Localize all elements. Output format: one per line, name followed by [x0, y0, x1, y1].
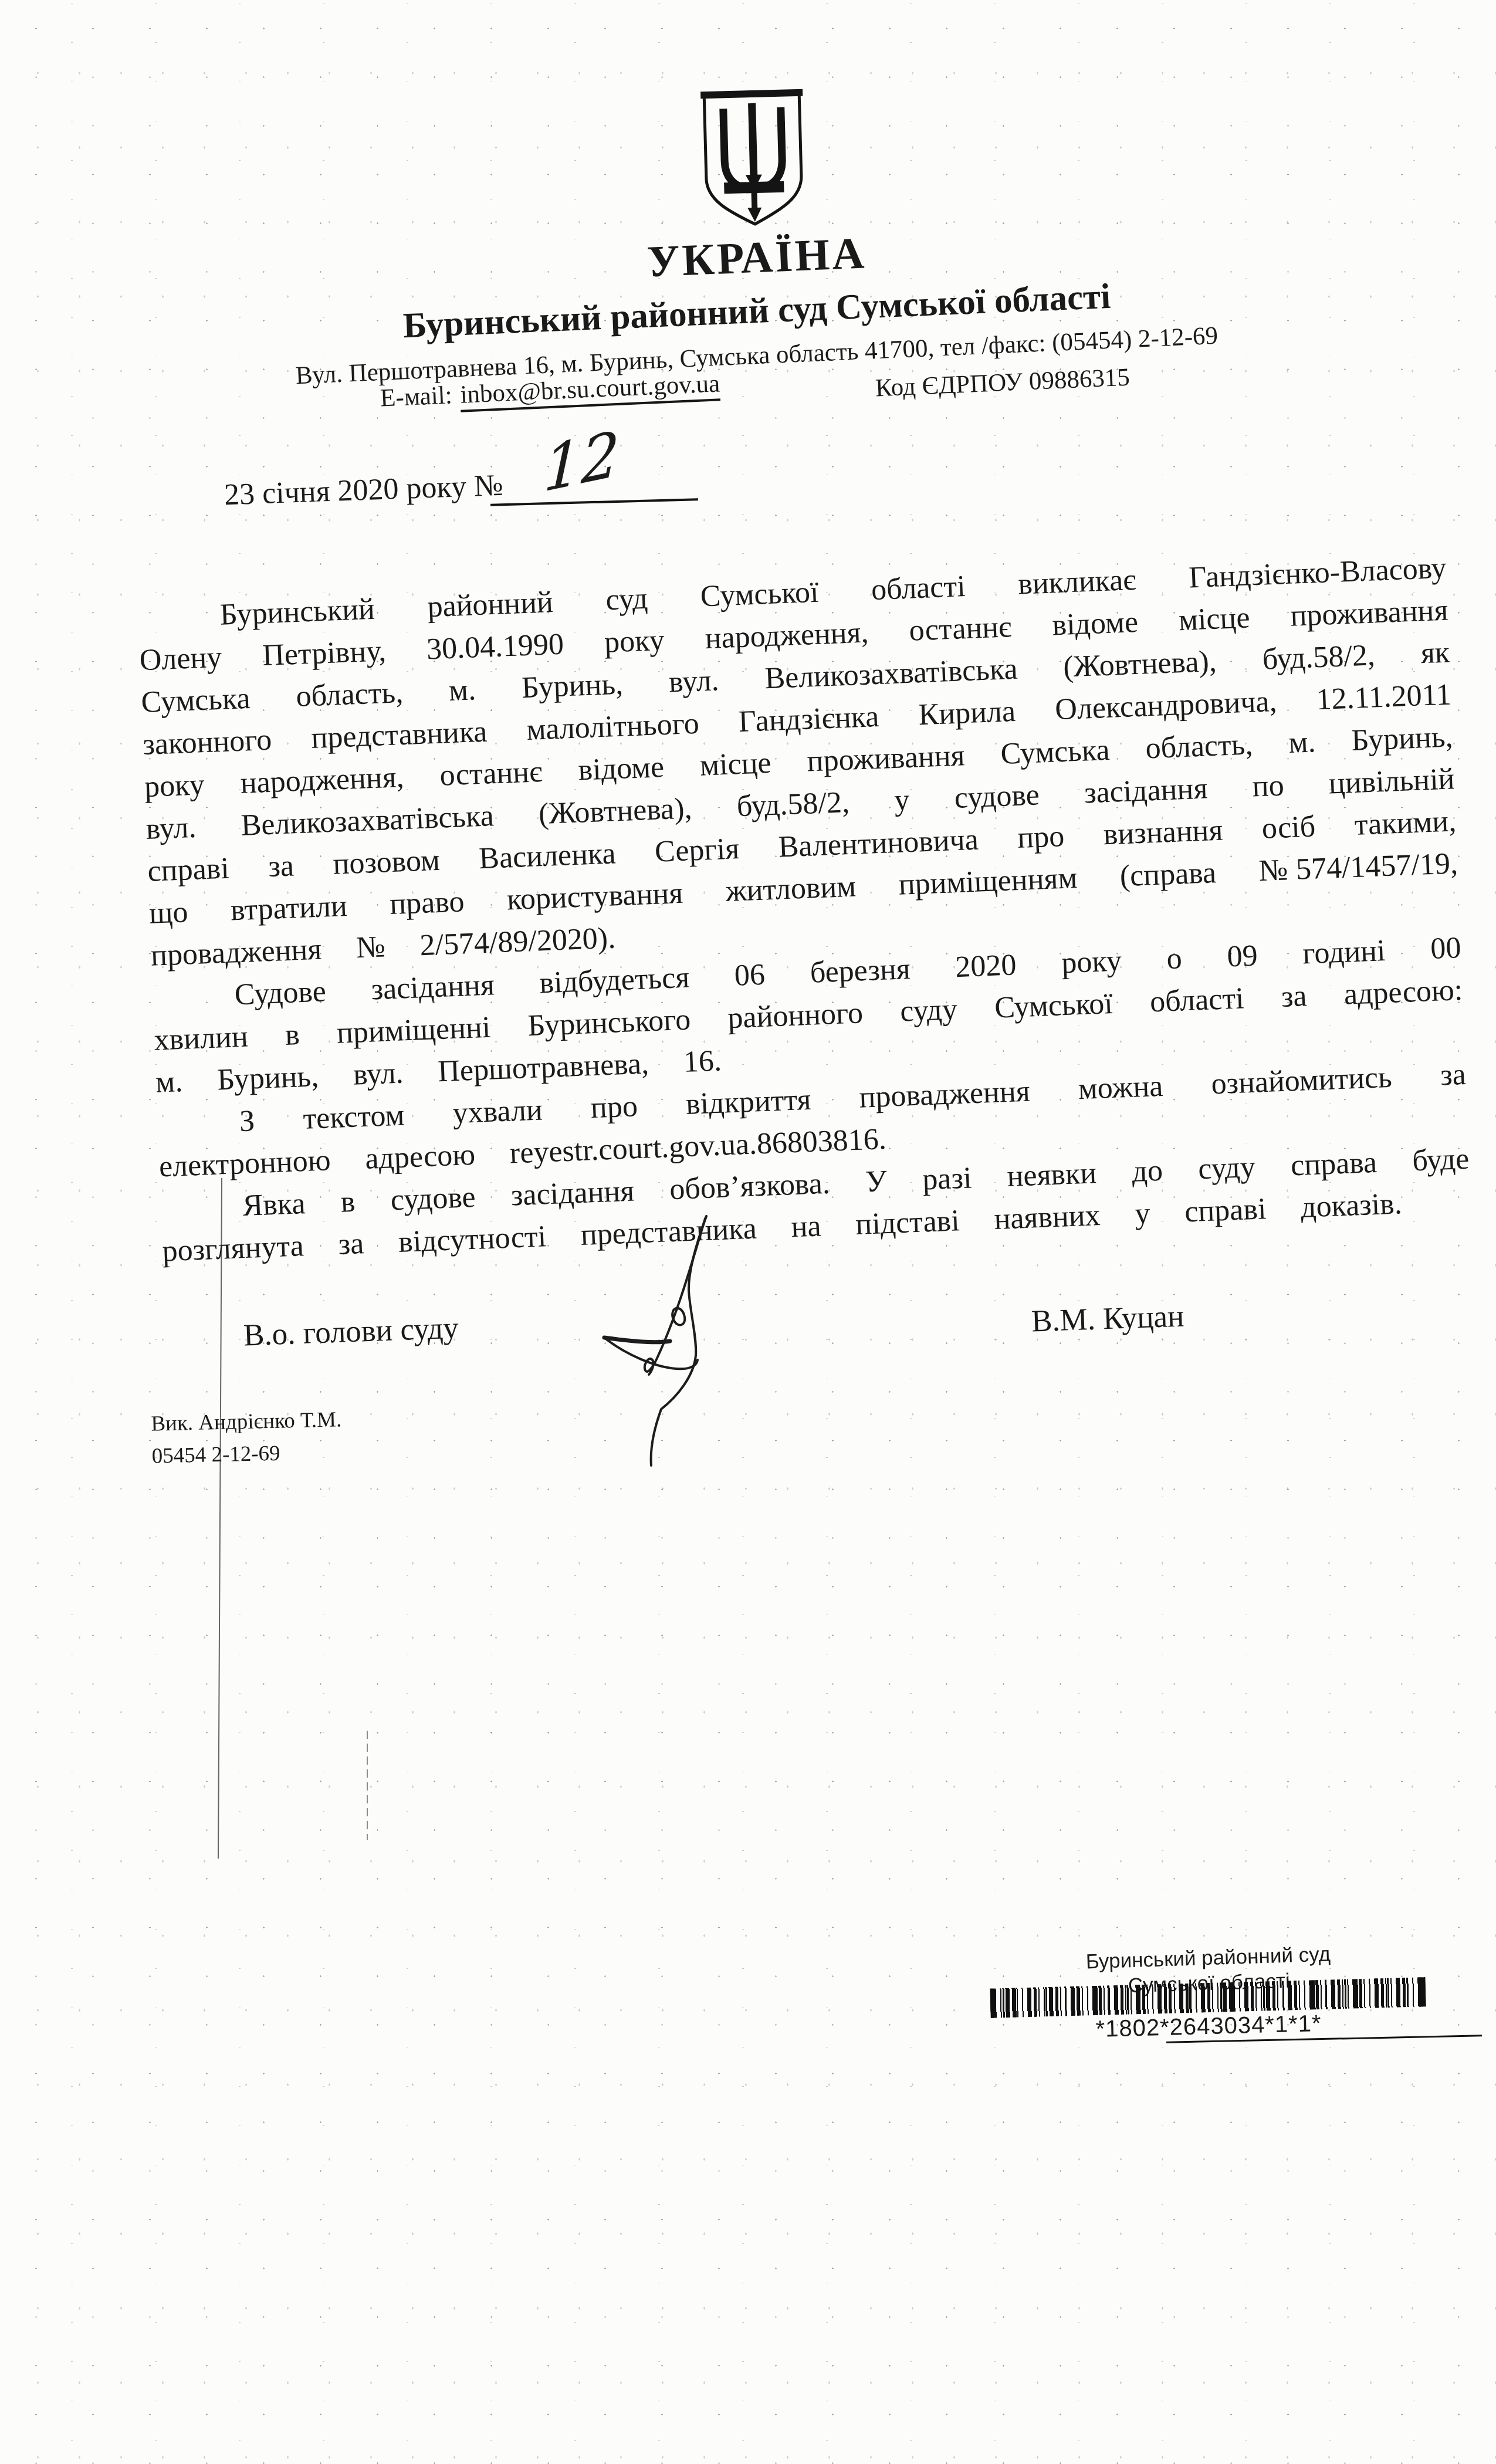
body-paragraph-1: Буринський районний суд Сумської області…	[137, 547, 1460, 977]
handwritten-signature	[575, 1197, 769, 1467]
ukraine-trident-emblem	[699, 88, 807, 228]
signer-name: В.М. Куцан	[1031, 1298, 1184, 1339]
edrpou-code: Код ЄДРПОУ 09886315	[875, 363, 1131, 403]
country-title: УКРАЇНА	[522, 223, 993, 293]
executor-block: Вик. Андрієнко Т.М. 05454 2-12-69	[151, 1403, 343, 1472]
summons-body: Буринський районний суд Сумської області…	[137, 547, 1472, 1273]
scan-artifact-vertical-line-short	[367, 1731, 368, 1840]
executor-name: Вик. Андрієнко Т.М.	[151, 1403, 342, 1440]
email-label: E-маіl:	[380, 381, 452, 412]
scan-artifact-vertical-line	[218, 1178, 222, 1859]
scanned-court-summons-page: УКРАЇНА Буринський районний суд Сумської…	[0, 0, 1496, 2464]
document-number-underline	[490, 498, 698, 506]
date-and-number-label: 23 січня 2020 року №	[224, 468, 503, 513]
handwritten-document-number: 12	[542, 417, 621, 506]
signer-title: В.о. голови суду	[243, 1311, 459, 1353]
executor-phone: 05454 2-12-69	[151, 1436, 343, 1472]
